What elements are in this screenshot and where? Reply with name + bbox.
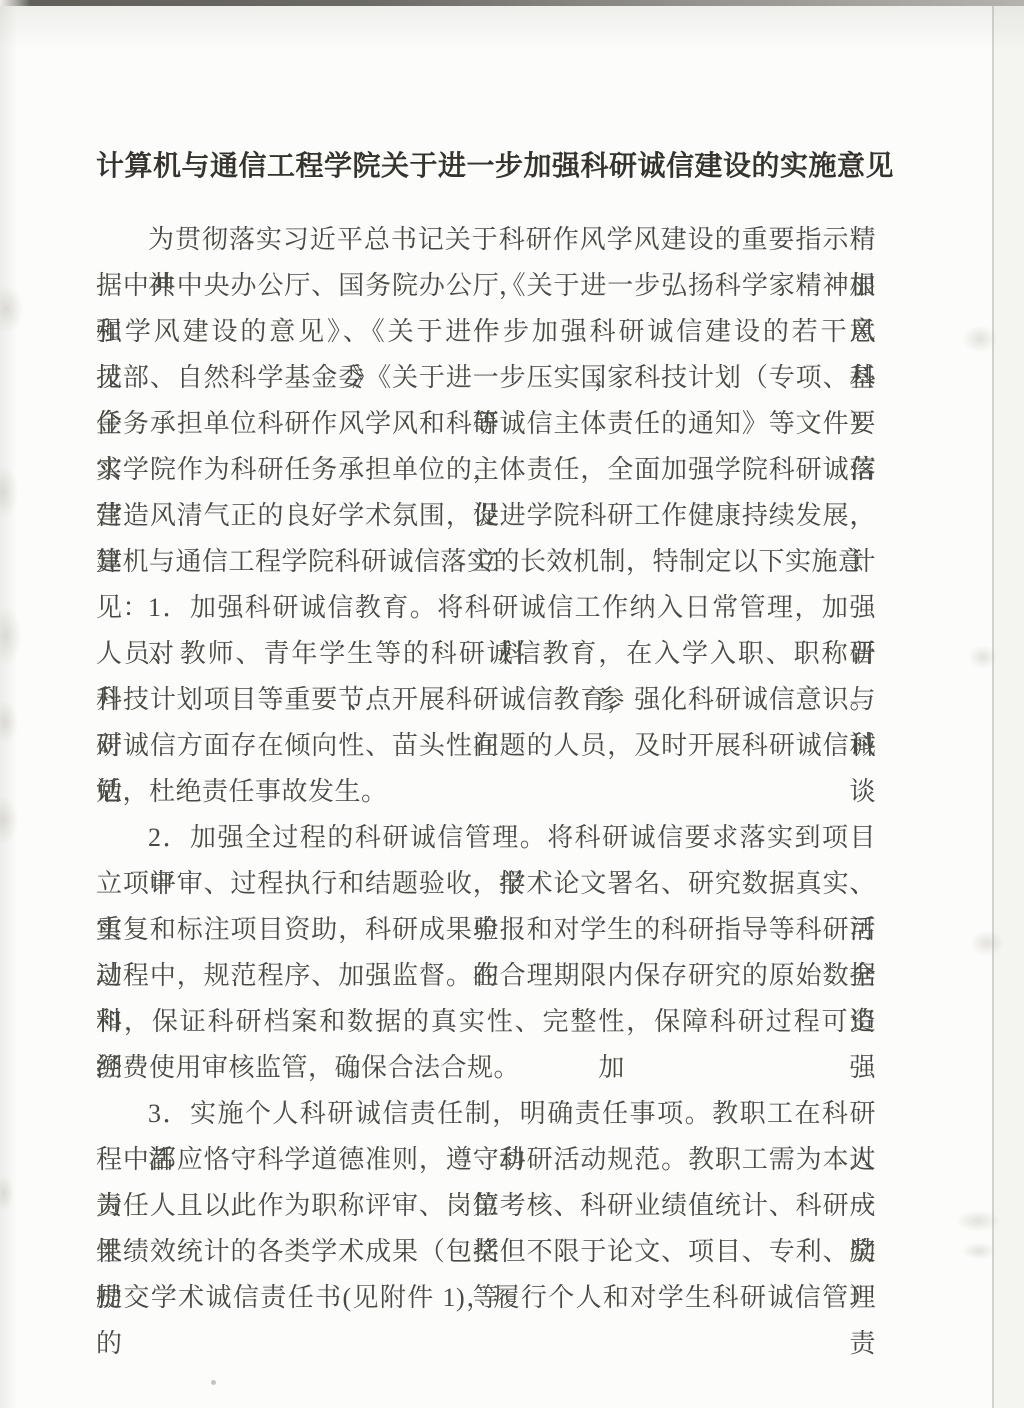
text-line: 性绩效统计的各类学术成果（包括但不限于论文、项目、专利、奖励等）	[96, 1229, 876, 1275]
text-line: 算机与通信工程学院科研诚信落实的长效机制，特制定以下实施意见：	[96, 539, 876, 585]
document-body: 为贯彻落实习近平总书记关于科研作风学风建设的重要指示精神，根据中共中央办公厅、国…	[96, 217, 876, 1321]
text-line: 重复和标注项目资助，科研成果申报和对学生的科研指导等科研活动的全	[96, 907, 876, 953]
scan-top-shading	[0, 6, 1024, 50]
text-line: 据中共中央办公厅、国务院办公厅《关于进一步弘扬科学家精神加强作风	[96, 263, 876, 309]
text-line: 研诚信方面存在倾向性、苗头性问题的人员，及时开展科研诚信诫勉谈	[96, 723, 876, 769]
scan-left-shading	[0, 0, 18, 1408]
scan-artifact	[962, 1242, 996, 1260]
text-line: 科技计划项目等重要节点开展科研诚信教育，强化科研诚信意识。对在科	[96, 677, 876, 723]
text-line: 过程中，规范程序、加强监督。在合理期限内保存研究的原始数据和资	[96, 953, 876, 999]
document-title: 计算机与通信工程学院关于进一步加强科研诚信建设的实施意见	[96, 144, 880, 184]
text-line: 立项评审、过程执行和结题验收，学术论文署名、研究数据真实、实验可	[96, 861, 876, 907]
text-line: 2．加强全过程的科研诚信管理。将科研诚信要求落实到项目申报、	[96, 815, 876, 861]
text-line: 3．实施个人科研诚信责任制，明确责任事项。教职工在科研活动过	[96, 1091, 876, 1137]
text-line: 实学院作为科研任务承担单位的主体责任，全面加强学院科研诚信建设，	[96, 447, 876, 493]
text-line: 营造风清气正的良好学术氛围，促进学院科研工作健康持续发展，建立计	[96, 493, 876, 539]
text-line: 技部、自然科学基金委《关于进一步压实国家科技计划（专项、基金等）	[96, 355, 876, 401]
text-line: 提交学术诚信责任书(见附件 1)，履行个人和对学生科研诚信管理的责	[96, 1275, 876, 1321]
scanned-document-page: 计算机与通信工程学院关于进一步加强科研诚信建设的实施意见 为贯彻落实习近平总书记…	[0, 0, 1024, 1408]
scan-right-shading	[994, 6, 1024, 1408]
text-line: 料，保证科研档案和数据的真实性、完整性，保障科研过程可追溯。加强	[96, 999, 876, 1045]
text-line: 任务承担单位科研作风学风和科研诚信主体责任的通知》等文件要求，落	[96, 401, 876, 447]
text-line: 程中都应恪守科学道德准则，遵守科研活动规范。教职工需为本人为第一	[96, 1137, 876, 1183]
scan-speck	[211, 1380, 216, 1385]
text-line: 责任人且以此作为职称评审、岗位考核、科研业绩值统计、科研成果奖励	[96, 1183, 876, 1229]
text-line: 人员、教师、青年学生等的科研诚信教育，在入学入职、职称晋升、参与	[96, 631, 876, 677]
text-line: 和学风建设的意见》、《关于进一步加强科研诚信建设的若干意见》，科	[96, 309, 876, 355]
text-line: 1．加强科研诚信教育。将科研诚信工作纳入日常管理，加强对科研	[96, 585, 876, 631]
text-line: 为贯彻落实习近平总书记关于科研作风学风建设的重要指示精神，根	[96, 217, 876, 263]
